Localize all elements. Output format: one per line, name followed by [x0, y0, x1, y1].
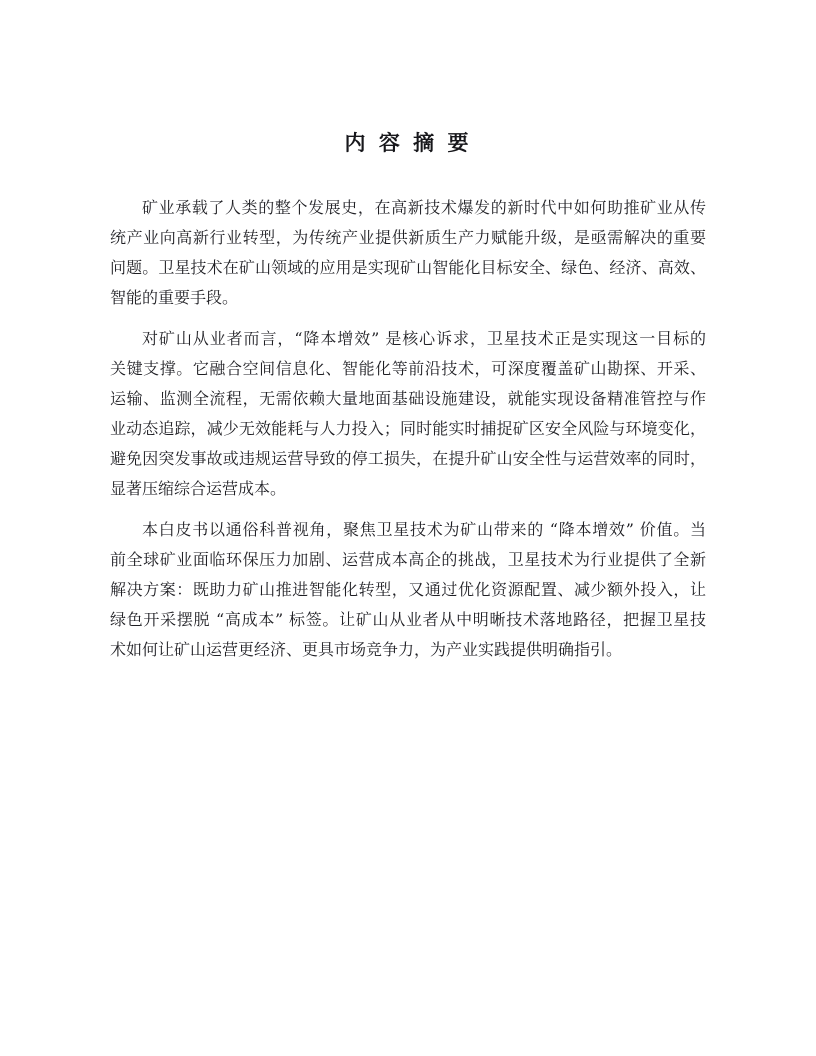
page-title: 内 容 摘 要: [110, 128, 706, 158]
text-line: 本白皮书以通俗科普视角，聚焦卫星技术为矿山带来的 “降本增效” 价值。当: [110, 515, 706, 545]
text-line: 解决方案：既助力矿山推进智能化转型，又通过优化资源配置、减少额外投入，让: [110, 575, 706, 605]
text-line: 矿业承载了人类的整个发展史，在高新技术爆发的新时代中如何助推矿业从传: [110, 193, 706, 223]
text-line: 问题。卫星技术在矿山领域的应用是实现矿山智能化目标安全、绿色、经济、高效、: [110, 253, 706, 283]
text-line: 运输、监测全流程，无需依赖大量地面基础设施建设，就能实现设备精准管控与作: [110, 384, 706, 414]
paragraph-1: 矿业承载了人类的整个发展史，在高新技术爆发的新时代中如何助推矿业从传 统产业向高…: [110, 193, 706, 313]
text-line: 前全球矿业面临环保压力加剧、运营成本高企的挑战，卫星技术为行业提供了全新: [110, 545, 706, 575]
text-line: 绿色开采摆脱 “高成本” 标签。让矿山从业者从中明晰技术落地路径，把握卫星技: [110, 605, 706, 635]
paragraph-3: 本白皮书以通俗科普视角，聚焦卫星技术为矿山带来的 “降本增效” 价值。当 前全球…: [110, 515, 706, 665]
text-line: 业动态追踪，减少无效能耗与人力投入；同时能实时捕捉矿区安全风险与环境变化，: [110, 414, 706, 444]
text-line: 术如何让矿山运营更经济、更具市场竞争力，为产业实践提供明确指引。: [110, 635, 706, 665]
text-line: 关键支撑。它融合空间信息化、智能化等前沿技术，可深度覆盖矿山勘探、开采、: [110, 354, 706, 384]
abstract-body: 矿业承载了人类的整个发展史，在高新技术爆发的新时代中如何助推矿业从传 统产业向高…: [110, 193, 706, 665]
paragraph-2: 对矿山从业者而言，“降本增效” 是核心诉求，卫星技术正是实现这一目标的 关键支撑…: [110, 324, 706, 504]
text-line: 统产业向高新行业转型，为传统产业提供新质生产力赋能升级，是亟需解决的重要: [110, 223, 706, 253]
text-line: 智能的重要手段。: [110, 283, 706, 313]
text-line: 避免因突发事故或违规运营导致的停工损失，在提升矿山安全性与运营效率的同时，: [110, 444, 706, 474]
text-line: 对矿山从业者而言，“降本增效” 是核心诉求，卫星技术正是实现这一目标的: [110, 324, 706, 354]
text-line: 显著压缩综合运营成本。: [110, 474, 706, 504]
document-page: 内 容 摘 要 矿业承载了人类的整个发展史，在高新技术爆发的新时代中如何助推矿业…: [0, 0, 816, 1056]
